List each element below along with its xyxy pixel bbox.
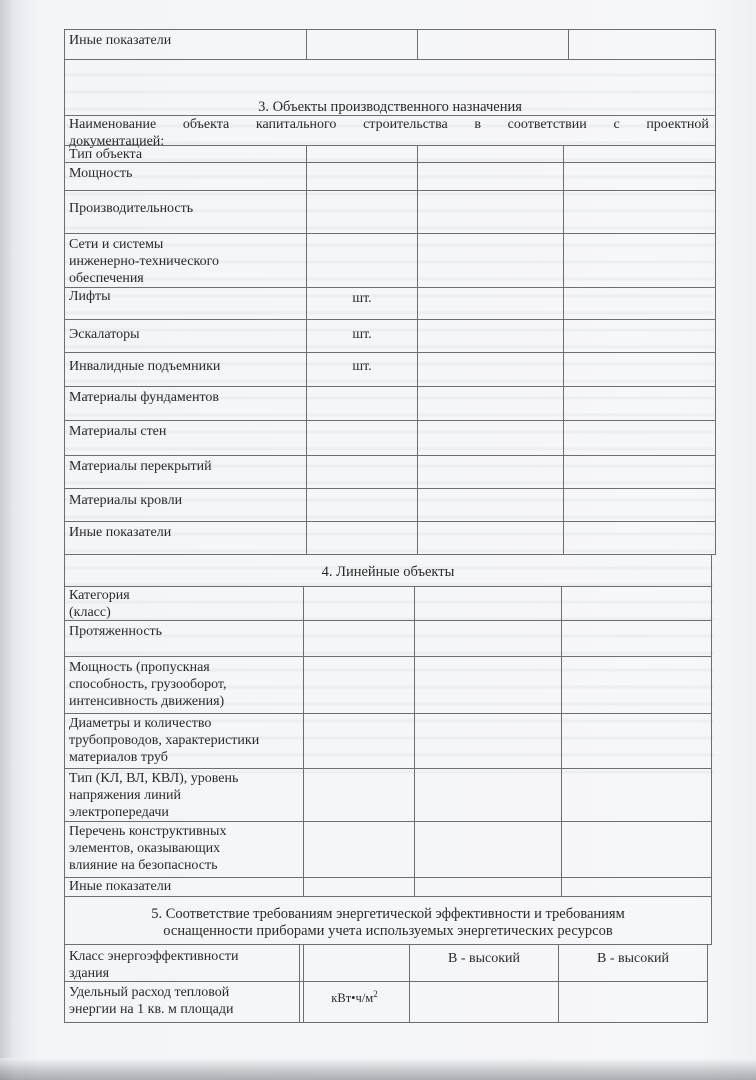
row-throughput-planned <box>414 656 562 714</box>
energy-class-planned-value: В - высокий <box>448 951 520 966</box>
row-productivity-unit <box>306 190 418 234</box>
row-energy-class-label: Класс энергоэффективности здания <box>64 944 304 982</box>
top-row-actual-cell <box>568 29 716 60</box>
section3-title: 3. Объекты производственного назначения <box>64 99 716 116</box>
row-length-unit <box>303 620 415 657</box>
row-object-type-planned <box>417 145 564 163</box>
row-other-indicators-s3-planned <box>417 521 564 555</box>
row-wall-materials-label: Материалы стен <box>64 420 307 456</box>
row-other-indicators-s3-unit <box>306 521 418 555</box>
row-structural-elements-actual <box>561 821 712 878</box>
row-roof-materials-planned <box>417 488 564 522</box>
top-row-planned-cell <box>417 29 569 60</box>
row-productivity-label: Производительность <box>64 190 307 234</box>
row-floor-materials-unit <box>306 455 418 489</box>
row-wall-materials-planned <box>417 420 564 456</box>
row-length-actual <box>561 620 712 657</box>
row-networks-actual <box>563 233 716 288</box>
row-wall-materials-unit <box>306 420 418 456</box>
row-other-indicators-s4-unit <box>303 877 415 897</box>
row-throughput-actual <box>561 656 712 714</box>
row-other-indicators-s4-actual <box>561 877 712 897</box>
row-roof-materials-label: Материалы кровли <box>64 488 307 522</box>
row-pipe-diameters-actual <box>561 713 712 769</box>
row-energy-class-unit <box>299 944 410 982</box>
row-structural-elements-unit <box>303 821 415 878</box>
row-elevators-unit: шт. <box>306 287 418 320</box>
section3-name-row: Наименование объекта капитального строит… <box>64 115 716 146</box>
row-capacity-unit <box>306 162 418 191</box>
row-disabled-lifts-actual <box>563 352 716 387</box>
row-heat-consumption-label: Удельный расход тепловой энергии на 1 кв… <box>64 981 304 1023</box>
row-elevators-actual <box>563 287 716 320</box>
row-networks-label: Сети и системы инженерно-технического об… <box>64 233 307 288</box>
row-disabled-lifts-label: Инвалидные подъемники <box>64 352 307 387</box>
row-category-planned <box>414 586 562 621</box>
row-object-type-unit <box>306 145 418 163</box>
row-pipe-diameters-unit <box>303 713 415 769</box>
row-other-indicators-s4-label: Иные показатели <box>64 877 304 897</box>
row-structural-elements-planned <box>414 821 562 878</box>
row-foundation-materials-actual <box>563 386 716 421</box>
energy-class-actual-value: В - высокий <box>597 951 669 966</box>
row-throughput-label: Мощность (пропускная способность, грузоо… <box>64 656 304 714</box>
row-escalators-unit: шт. <box>306 319 418 353</box>
row-other-indicators-s4-planned <box>414 877 562 897</box>
row-capacity-planned <box>417 162 564 191</box>
row-roof-materials-actual <box>563 488 716 522</box>
row-elevators-label: Лифты <box>64 287 307 320</box>
row-other-indicators-s3-label: Иные показатели <box>64 521 307 555</box>
row-foundation-materials-planned <box>417 386 564 421</box>
row-power-line-type-planned <box>414 768 562 822</box>
row-heat-consumption-unit: кВт•ч/м2 <box>299 981 410 1023</box>
row-pipe-diameters-label: Диаметры и количество трубопроводов, хар… <box>64 713 304 769</box>
row-power-line-type-unit <box>303 768 415 822</box>
scan-bottom-edge <box>0 1058 756 1080</box>
row-power-line-type-actual <box>561 768 712 822</box>
row-structural-elements-label: Перечень конструктивных элементов, оказы… <box>64 821 304 878</box>
row-roof-materials-unit <box>306 488 418 522</box>
row-networks-unit <box>306 233 418 288</box>
section3-name-line1: Наименование объекта капитального строит… <box>69 116 715 133</box>
row-escalators-planned <box>417 319 564 353</box>
row-throughput-unit <box>303 656 415 714</box>
row-pipe-diameters-planned <box>414 713 562 769</box>
row-object-type-label: Тип объекта <box>64 145 307 163</box>
top-row-label: Иные показатели <box>69 33 171 48</box>
row-elevators-planned <box>417 287 564 320</box>
row-wall-materials-actual <box>563 420 716 456</box>
row-energy-class-planned: В - высокий <box>409 944 559 982</box>
row-foundation-materials-unit <box>306 386 418 421</box>
row-heat-consumption-actual <box>558 981 708 1023</box>
section5-title-line2: оснащенности приборами учета используемы… <box>64 923 712 940</box>
top-row-label-cell: Иные показатели <box>64 29 307 60</box>
row-floor-materials-label: Материалы перекрытий <box>64 455 307 489</box>
heat-consumption-unit-text: кВт•ч/м <box>331 991 373 1005</box>
row-capacity-label: Мощность <box>64 162 307 191</box>
row-category-unit <box>303 586 415 621</box>
section5-title: 5. Соответствие требованиям энергетическ… <box>64 906 712 940</box>
row-length-planned <box>414 620 562 657</box>
row-length-label: Протяженность <box>64 620 304 657</box>
row-disabled-lifts-planned <box>417 352 564 387</box>
row-productivity-actual <box>563 190 716 234</box>
row-escalators-label: Эскалаторы <box>64 319 307 353</box>
row-escalators-actual <box>563 319 716 353</box>
row-floor-materials-actual <box>563 455 716 489</box>
row-capacity-actual <box>563 162 716 191</box>
row-disabled-lifts-unit: шт. <box>306 352 418 387</box>
row-floor-materials-planned <box>417 455 564 489</box>
section5-title-line1: 5. Соответствие требованиям энергетическ… <box>64 906 712 923</box>
row-foundation-materials-label: Материалы фундаментов <box>64 386 307 421</box>
row-other-indicators-s3-actual <box>563 521 716 555</box>
row-networks-planned <box>417 233 564 288</box>
heat-consumption-unit-sup: 2 <box>373 989 378 999</box>
row-power-line-type-label: Тип (КЛ, ВЛ, КВЛ), уровень напряжения ли… <box>64 768 304 822</box>
row-productivity-planned <box>417 190 564 234</box>
row-energy-class-actual: В - высокий <box>558 944 708 982</box>
row-heat-consumption-planned <box>409 981 559 1023</box>
row-category-label: Категория (класс) <box>64 586 304 621</box>
section4-title: 4. Линейные объекты <box>64 564 712 581</box>
top-row-unit-cell <box>306 29 418 60</box>
row-category-actual <box>561 586 712 621</box>
row-object-type-actual <box>563 145 716 163</box>
